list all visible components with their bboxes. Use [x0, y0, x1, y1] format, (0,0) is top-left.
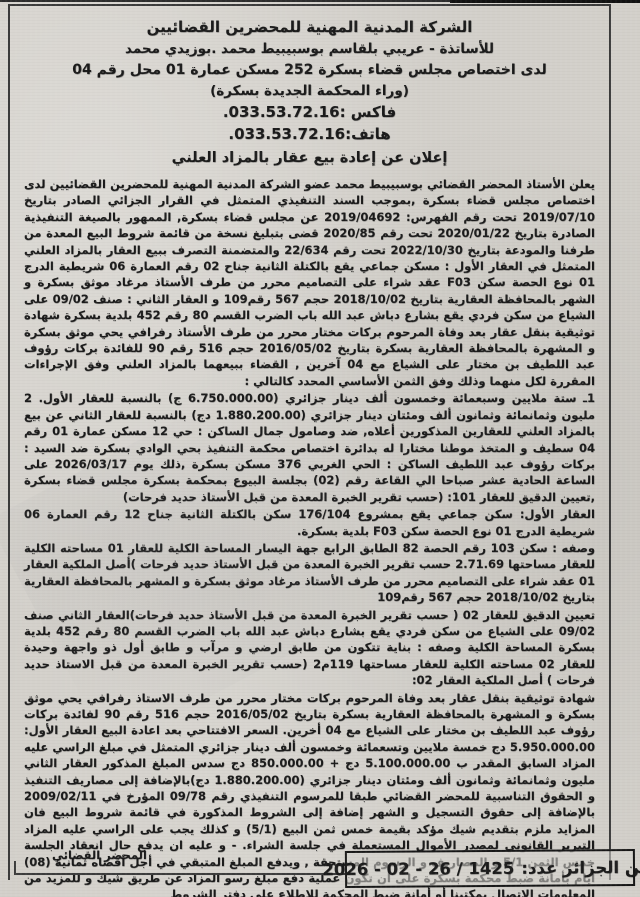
attorneys-line: للأساتذة - عريبي بلقاسم بوسبيبيط محمد .ب… — [24, 41, 595, 57]
scanned-document-page: الشركة المدنية المهنية للمحضرين القضائيي… — [0, 0, 640, 897]
stamp-date-value: 2026 - 02 - 26 / 1425 — [322, 859, 514, 879]
issue-date-stamp: عين الجزائر عدد: 2026 - 02 - 26 / 1425 — [345, 849, 635, 888]
bailiff-signature-label: المحضر القضائي — [52, 848, 147, 862]
body-paragraph: وصفه : سكن 103 رقم الحصة 82 الطابق الراب… — [24, 540, 595, 606]
document-border-frame: الشركة المدنية المهنية للمحضرين القضائيي… — [8, 4, 611, 880]
fax-line: فاكس :033.53.72.16. — [24, 103, 595, 121]
document-header: الشركة المدنية المهنية للمحضرين القضائيي… — [24, 18, 595, 166]
phone-line: هاتف:033.53.72.16. — [24, 125, 595, 143]
jurisdiction-address-line: لدى اختصاص مجلس قضاء بسكرة 252 مسكن عمار… — [24, 62, 595, 78]
company-name: الشركة المدنية المهنية للمحضرين القضائيي… — [24, 18, 595, 36]
page-top-right-edge-line — [450, 0, 640, 3]
announcement-title: إعلان عن إعادة بيع عقار بالمزاد العلني — [24, 150, 595, 166]
announcement-body: يعلن الأستاذ المحضر القضائي بوسبيبيط محم… — [24, 176, 595, 897]
body-paragraph: العقار الأول: سكن جماعي يقع بمشروع 176/1… — [24, 506, 595, 539]
stamp-label: عين الجزائر عدد: — [521, 858, 640, 878]
footer-rule — [14, 873, 350, 875]
body-paragraph: يعلن الأستاذ المحضر القضائي بوسبيبيط محم… — [24, 176, 595, 389]
location-note: (وراء المحكمة الجديدة بسكرة) — [24, 83, 595, 99]
body-paragraph: 1ـ ستة ملايين وسبعمائة وخمسون ألف دينار … — [24, 390, 595, 505]
body-paragraph: تعيين الدقيق للعقار 02 ( حسب تقرير الخبر… — [24, 607, 595, 689]
